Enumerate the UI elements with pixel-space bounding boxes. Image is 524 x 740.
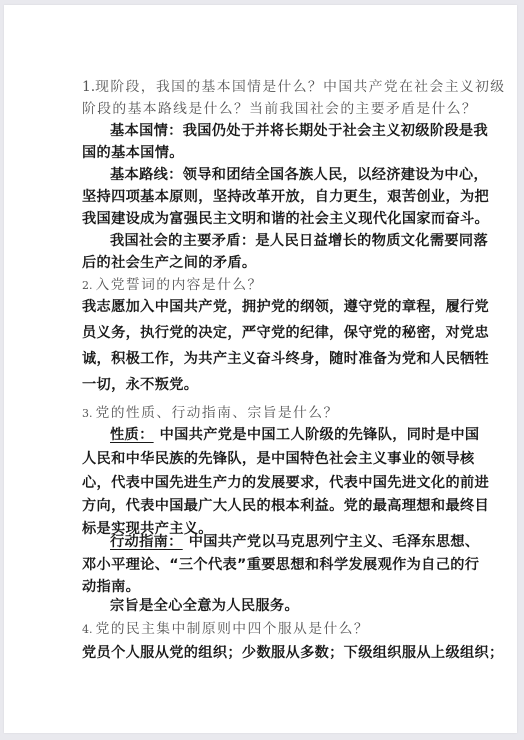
question-3: 3.党的性质、行动指南、宗旨是什么？ <box>82 404 339 423</box>
question-text: 入党誓词的内容是什么？ <box>96 277 263 293</box>
answer-text: 我国仍处于并将长期处于社会主义初级阶段是我 <box>183 123 488 139</box>
answer-line: 人民和中华民族的先锋队，是中国特色社会主义事业的领导核 <box>82 450 475 468</box>
oath-line: 一切，永不叛党。 <box>82 376 198 394</box>
answer-line: 动指南。 <box>82 578 140 596</box>
answer-text: 是人民日益增长的物质文化需要同落 <box>255 233 488 249</box>
answer-label: 基本国情： <box>110 123 183 139</box>
answer-label: 行动指南： <box>110 534 189 550</box>
answer-guiding-ideology: 行动指南：中国共产党以马克思列宁主义、毛泽东思想、 <box>110 533 479 551</box>
answer-label: 我国社会的主要矛盾： <box>110 233 255 249</box>
answer-text: 中国共产党以马克思列宁主义、毛泽东思想、 <box>189 534 480 550</box>
oath-line: 我志愿加入中国共产党，拥护党的纲领，遵守党的章程，履行党 <box>82 298 489 316</box>
answer-line: 国的基本国情。 <box>82 144 184 162</box>
answer-line: 坚持四项基本原则，坚持改革开放，自力更生，艰苦创业，为把 <box>82 188 489 206</box>
question-number: 1. <box>82 79 95 95</box>
question-4: 4.党的民主集中制原则中四个服从是什么？ <box>82 620 369 639</box>
answer-text: 中国共产党是中国工人阶级的先锋队，同时是中国 <box>160 427 480 443</box>
answer-basic-national-condition: 基本国情：我国仍处于并将长期处于社会主义初级阶段是我 <box>110 122 488 140</box>
document-page: 1.现阶段，我国的基本国情是什么？中国共产党在社会主义初级 阶段的基本路线是什么… <box>4 5 517 733</box>
answer-line: 邓小平理论、“三个代表”重要思想和科学发展观作为自己的行 <box>82 556 479 574</box>
answer-line: 后的社会生产之间的矛盾。 <box>82 254 256 272</box>
question-number: 2. <box>82 279 93 292</box>
answer-line: 方向，代表中国最广大人民的根本利益。党的最高理想和最终目 <box>82 497 489 515</box>
answer-line: 党员个人服从党的组织；少数服从多数；下级组织服从上级组织； <box>82 644 504 662</box>
answer-basic-line: 基本路线：领导和团结全国各族人民，以经济建设为中心， <box>110 166 488 184</box>
answer-nature: 性质：中国共产党是中国工人阶级的先锋队，同时是中国 <box>110 426 479 444</box>
oath-line: 诚，积极工作，为共产主义奋斗终身，随时准备为党和人民牺牲 <box>82 350 489 368</box>
question-text: 党的性质、行动指南、宗旨是什么？ <box>96 405 339 421</box>
answer-line: 我国建设成为富强民主文明和谐的社会主义现代化国家而奋斗。 <box>82 210 489 228</box>
question-number: 4. <box>82 623 93 636</box>
question-1-line-1: 1.现阶段，我国的基本国情是什么？中国共产党在社会主义初级 <box>82 78 506 96</box>
answer-label: 基本路线： <box>110 167 183 183</box>
answer-purpose: 宗旨是全心全意为人民服务。 <box>110 597 299 615</box>
answer-main-contradiction: 我国社会的主要矛盾：是人民日益增长的物质文化需要同落 <box>110 232 488 250</box>
answer-text: 领导和团结全国各族人民，以经济建设为中心， <box>183 167 488 183</box>
oath-line: 员义务，执行党的决定，严守党的纪律，保守党的秘密，对党忠 <box>82 324 489 342</box>
question-1-line-2: 阶段的基本路线是什么？当前我国社会的主要矛盾是什么？ <box>82 100 477 118</box>
question-text: 现阶段，我国的基本国情是什么？中国共产党在社会主义初级 <box>95 79 505 95</box>
question-2: 2.入党誓词的内容是什么？ <box>82 276 263 295</box>
answer-line: 心，代表中国先进生产力的发展要求，代表中国先进文化的前进 <box>82 474 489 492</box>
answer-label: 性质： <box>110 427 160 443</box>
question-number: 3. <box>82 407 93 420</box>
question-text: 党的民主集中制原则中四个服从是什么？ <box>96 621 370 637</box>
